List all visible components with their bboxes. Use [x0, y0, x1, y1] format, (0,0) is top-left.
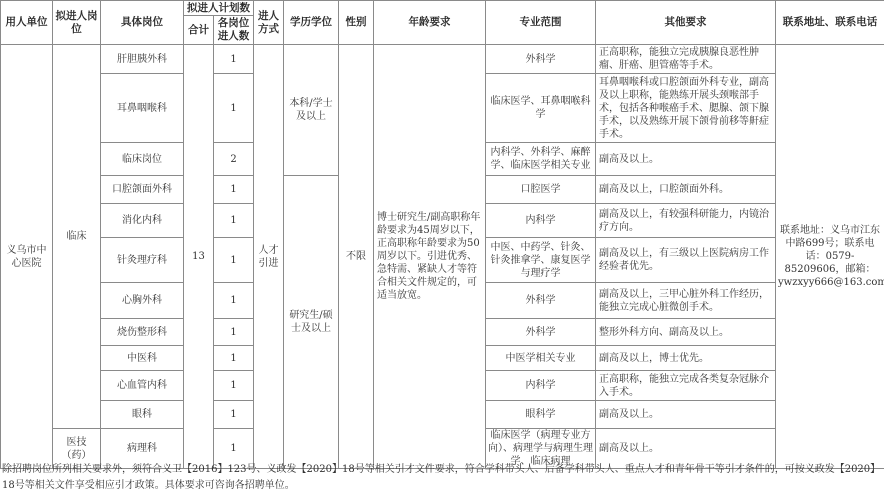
post-cell: 心胸外科 — [101, 283, 184, 319]
header-gender: 性别 — [339, 1, 374, 45]
other-cell: 整形外科方向、副高及以上。 — [596, 319, 776, 346]
major-cell: 临床医学、耳鼻咽喉科学 — [486, 74, 596, 143]
gender-cell: 不限 — [339, 45, 374, 469]
post-cell: 耳鼻咽喉科 — [101, 74, 184, 143]
count-cell: 1 — [214, 238, 254, 283]
major-cell: 外科学 — [486, 319, 596, 346]
header-post-category: 拟进人岗位 — [53, 1, 101, 45]
other-cell: 副高及以上，博士优先。 — [596, 346, 776, 371]
post-cell: 中医科 — [101, 346, 184, 371]
major-cell: 外科学 — [486, 45, 596, 74]
count-cell: 1 — [214, 74, 254, 143]
header-plan-each: 各岗位进人数 — [214, 16, 254, 45]
count-cell: 1 — [214, 204, 254, 238]
count-cell: 1 — [214, 176, 254, 204]
header-age: 年龄要求 — [374, 1, 486, 45]
count-cell: 1 — [214, 319, 254, 346]
age-cell: 博士研究生/副高职称年龄要求为45周岁以下，正高职称年龄要求为50周岁以下。引进… — [374, 45, 486, 469]
major-cell: 口腔医学 — [486, 176, 596, 204]
education-cell: 研究生/硕士及以上 — [284, 176, 339, 469]
other-cell: 副高及以上，口腔颌面外科。 — [596, 176, 776, 204]
contact-cell: 联系地址：义乌市江东中路699号；联系电话：0579-85209606，邮箱：y… — [776, 45, 884, 469]
method-cell: 人才引进 — [254, 45, 284, 469]
footnote: 除招聘岗位所列相关要求外，须符合义卫【2016】123号、义政发【2020】18… — [2, 462, 882, 494]
count-cell: 2 — [214, 143, 254, 176]
header-major: 专业范围 — [486, 1, 596, 45]
post-cell: 心血管内科 — [101, 371, 184, 401]
header-contact: 联系地址、联系电话 — [776, 1, 884, 45]
major-cell: 中医学相关专业 — [486, 346, 596, 371]
category-cell: 临床 — [53, 45, 101, 429]
recruitment-table: 用人单位 拟进人岗位 具体岗位 拟进人计划数 进人方式 学历学位 性别 年龄要求… — [0, 0, 884, 469]
header-plan-group: 拟进人计划数 — [184, 1, 254, 16]
post-cell: 临床岗位 — [101, 143, 184, 176]
header-specific-post: 具体岗位 — [101, 1, 184, 45]
major-cell: 中医、中药学、针灸、针灸推拿学、康复医学与理疗学 — [486, 238, 596, 283]
major-cell: 内科学、外科学、麻醉学、临床医学相关专业 — [486, 143, 596, 176]
count-cell: 1 — [214, 401, 254, 429]
count-cell: 1 — [214, 346, 254, 371]
post-cell: 肝胆胰外科 — [101, 45, 184, 74]
education-cell: 本科/学士及以上 — [284, 45, 339, 176]
major-cell: 内科学 — [486, 204, 596, 238]
header-method: 进人方式 — [254, 1, 284, 45]
other-cell: 副高及以上，有较强科研能力，内镜治疗方向。 — [596, 204, 776, 238]
major-cell: 内科学 — [486, 371, 596, 401]
post-cell: 口腔颌面外科 — [101, 176, 184, 204]
header-education: 学历学位 — [284, 1, 339, 45]
post-cell: 眼科 — [101, 401, 184, 429]
header-unit: 用人单位 — [1, 1, 53, 45]
other-cell: 耳鼻咽喉科或口腔颌面外科专业，副高及以上职称，能熟练开展头颈喉部手术，包括各种喉… — [596, 74, 776, 143]
header-plan-total: 合计 — [184, 16, 214, 45]
major-cell: 外科学 — [486, 283, 596, 319]
other-cell: 副高及以上，三甲心脏外科工作经历，能独立完成心脏微创手术。 — [596, 283, 776, 319]
other-cell: 副高及以上。 — [596, 401, 776, 429]
total-cell: 13 — [184, 45, 214, 469]
count-cell: 1 — [214, 45, 254, 74]
other-cell: 正高职称，能独立完成各类复杂冠脉介入手术。 — [596, 371, 776, 401]
table-row: 义乌市中心医院 临床 肝胆胰外科 13 1 人才引进 本科/学士及以上 不限 博… — [1, 45, 884, 74]
header-other: 其他要求 — [596, 1, 776, 45]
other-cell: 正高职称，能独立完成胰腺良恶性肿瘤、肝癌、胆管癌等手术。 — [596, 45, 776, 74]
post-cell: 烧伤整形科 — [101, 319, 184, 346]
count-cell: 1 — [214, 283, 254, 319]
major-cell: 眼科学 — [486, 401, 596, 429]
unit-cell: 义乌市中心医院 — [1, 45, 53, 469]
other-cell: 副高及以上，有三级以上医院病房工作经验者优先。 — [596, 238, 776, 283]
count-cell: 1 — [214, 371, 254, 401]
other-cell: 副高及以上。 — [596, 143, 776, 176]
post-cell: 针灸理疗科 — [101, 238, 184, 283]
post-cell: 消化内科 — [101, 204, 184, 238]
